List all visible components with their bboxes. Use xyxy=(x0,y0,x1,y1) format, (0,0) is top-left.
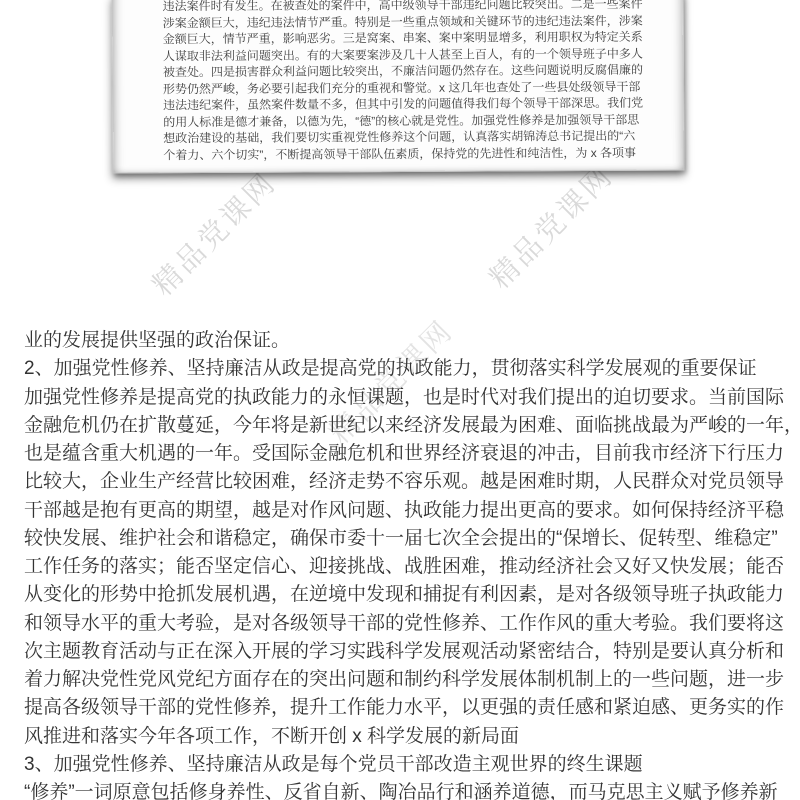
site-watermark: 精品党课网 xyxy=(479,154,621,296)
body-text-line: 工作任务的落实；能否坚定信心、迎接挑战、战胜困难，推动经济社会又好又快发展；能否 xyxy=(24,553,796,581)
site-watermark: 精品党课网 xyxy=(142,161,284,303)
body-text-line: “修养”一词原意包括修身养性、反省自新、陶冶品行和涵养道德，而马克思主义赋予修养… xyxy=(24,779,796,800)
body-text-line: 比较大，企业生产经营比较困难，经济走势不容乐观。越是困难时期，人民群众对党员领导 xyxy=(24,468,796,496)
body-text-line: 金融危机仍在扩散蔓延，今年将是新世纪以来经济发展最为困难、面临挑战最为严峻的一年… xyxy=(24,412,796,440)
body-text-line: 干部越是抱有更高的期望，越是对作风问题、执政能力提出更高的要求。如何保持经济平稳 xyxy=(24,497,796,525)
body-text-line: 风推进和落实今年各项工作，不断开创 x 科学发展的新局面 xyxy=(24,723,796,751)
body-text-line: 也是蕴含重大机遇的一年。受国际金融危机和世界经济衰退的冲击，目前我市经济下行压力 xyxy=(24,440,796,468)
body-text-line: 提高各级领导干部的党性修养，提升工作能力水平，以更强的责任感和紧迫感、更务实的作 xyxy=(24,694,796,722)
body-text-line: 较快发展、维护社会和谐稳定，确保市委十一届七次全会提出的“保增长、促转型、维稳定… xyxy=(24,525,796,553)
article-body: 业的发展提供坚强的政治保证。 2、加强党性修养、坚持廉洁从政是提高党的执政能力，… xyxy=(24,327,796,800)
body-text-line: 加强党性修养是提高党的执政能力的永恒课题，也是时代对我们提出的迫切要求。当前国际 xyxy=(24,384,796,412)
body-text-line: 从变化的形势中抢抓发展机遇，在逆境中发现和捕捉有利因素，是对各级领导班子执政能力 xyxy=(24,581,796,609)
body-text-line: 着力解决党性党风党纪方面存在的突出问题和制约科学发展体制机制上的一些问题，进一步 xyxy=(24,666,796,694)
body-text-line: 业的发展提供坚强的政治保证。 xyxy=(24,327,796,355)
section-heading-2: 2、加强党性修养、坚持廉洁从政是提高党的执政能力，贯彻落实科学发展观的重要保证 xyxy=(24,355,796,383)
body-text-line: 和领导水平的重大考验，是对各级领导干部的党性修养、工作作风的重大考验。我们要将这 xyxy=(24,610,796,638)
section-heading-3: 3、加强党性修养、坚持廉洁从政是每个党员干部改造主观世界的终生课题 xyxy=(24,751,796,779)
scan-text-line: 金额巨大，情节严重，影响恶劣。三是窝案、串案、案中案明显增多，利用职权为特定关系 xyxy=(163,29,641,48)
body-text-line: 次主题教育活动与正在深入开展的学习实践科学发展观活动紧密结合，特别是要认真分析和 xyxy=(24,638,796,666)
scan-text-line: 个着力、六个切实”，不断提高领导干部队伍素质，保持党的先进性和纯洁性，为 x 各… xyxy=(163,145,641,164)
scanned-page-preview: 违法案件时有发生。在被查处的案件中，高中级领导干部违纪问题比较突出。二是一些案件… xyxy=(112,0,685,173)
